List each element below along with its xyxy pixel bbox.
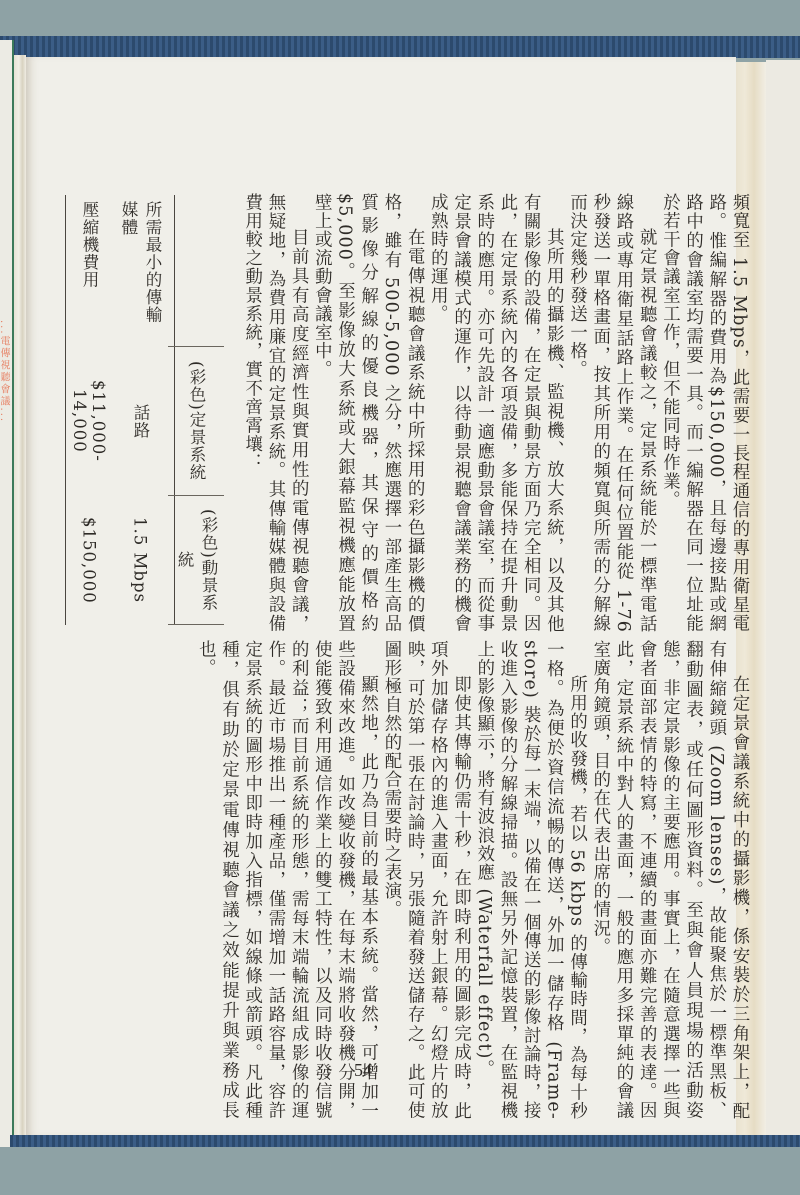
- paragraph: 就定景視聽會議較之，定景系統能於一標準電話線路或專用衛星話路上作業。在任何位置能…: [564, 193, 657, 633]
- upper-text-block: 頻寬至 1.5 Mbps，此需要一長程通信的專用衛星電路。惟編解器的費用為$15…: [180, 193, 750, 633]
- page-number: 54: [343, 1060, 383, 1081]
- adjacent-book-cover: ...電傳視聽會議...: [0, 40, 14, 1160]
- table-cell: 1.5 Mbps: [112, 496, 168, 625]
- background-top: [0, 0, 800, 40]
- book-cover-cloth-bottom: [10, 1135, 800, 1147]
- cover-spine-text: ...電傳視聽會議...: [0, 320, 11, 920]
- page-edges-left: [14, 55, 26, 1140]
- table-row: 壓縮機費用 $11,000-14,000 $150,000: [66, 195, 112, 625]
- lower-text-block: 在定景會議系統中的攝影機，係安裝於三角架上，配有伸縮鏡頭 (Zoom lense…: [85, 640, 750, 1120]
- table-header-blank: [168, 195, 224, 347]
- right-margin: [766, 60, 800, 1140]
- table-row: 所需最小的傳輸媒體 話路 1.5 Mbps: [112, 195, 168, 625]
- cost-comparison-table: (彩色)定景系統 (彩色)動景系統 所需最小的傳輸媒體 話路 1.5 Mbps …: [65, 195, 175, 625]
- paragraph: 所用的收發機，若以 56 kbps 的傳輸時間，為每十秒一格。為便於資信流暢的傳…: [472, 640, 588, 1120]
- paragraph: 目前具有高度經濟性與實用性的電傳視聽會議，無疑地，為費用廉宜的定景系統。其傳輸媒…: [240, 193, 310, 633]
- paragraph: 在定景會議系統中的攝影機，係安裝於三角架上，配有伸縮鏡頭 (Zoom lense…: [588, 640, 750, 1120]
- table-header-motion: (彩色)動景系統: [168, 496, 224, 625]
- paragraph: 其所用的攝影機、監視機、放大系統，以及其他有關影像的設備，在定景與動景方面乃完全…: [425, 193, 564, 633]
- table-header-still: (彩色)定景系統: [168, 347, 224, 496]
- table-row-label: 所需最小的傳輸媒體: [112, 195, 168, 347]
- table-cell: 話路: [112, 347, 168, 496]
- paragraph: 在電傳視聽會議系統中所採用的彩色攝影機的價格，雖有 500-5,000 之分，然…: [309, 193, 425, 633]
- table-header-row: (彩色)定景系統 (彩色)動景系統: [168, 195, 224, 625]
- table-row-label: 壓縮機費用: [66, 195, 112, 347]
- table-cell: $11,000-14,000: [66, 347, 112, 496]
- paragraph: 即使其傳輸仍需十秒，在即時利用的圖影完成時，此項外加儲存格內的進入畫面，允許射上…: [379, 640, 472, 1120]
- table-cell: $150,000: [66, 496, 112, 625]
- paragraph: 顯然地，此乃為目前的最基本系統。當然，可增加一些設備來改進。如改變收發機，在每末…: [193, 640, 379, 1120]
- paragraph: 頻寬至 1.5 Mbps，此需要一長程通信的專用衛星電路。惟編解器的費用為$15…: [657, 193, 750, 633]
- book-cover-cloth-top: [0, 36, 800, 58]
- background-bottom: [0, 1147, 800, 1195]
